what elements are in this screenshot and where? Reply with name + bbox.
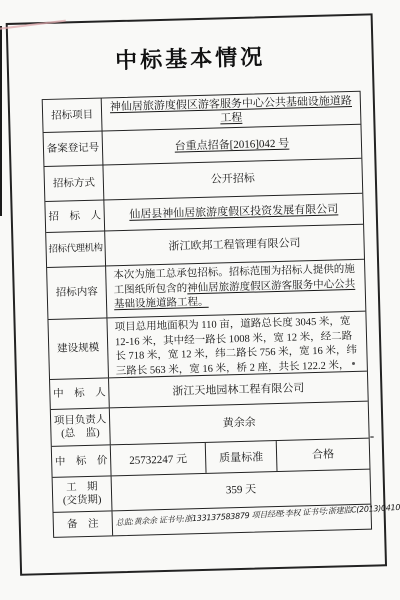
- row-label: 中 标 人: [50, 378, 110, 409]
- construction-scale-value: 项目总用地面积为 110 亩，道路总长度 3045 米，宽 12-16 米，其中…: [107, 312, 366, 378]
- winning-price-value: 25732247 元: [111, 443, 207, 475]
- tender-method-value: 公开招标: [103, 159, 362, 200]
- quality-standard-label: 质量标准: [206, 441, 278, 473]
- scan-edge-artifact: [0, 26, 2, 216]
- ink-speck: [352, 362, 355, 365]
- tender-content-value: 本次为施工总承包招标。招标范围为招标人提供的施工图纸所包含的神仙居旅游度假区游客…: [106, 260, 365, 318]
- row-label: 招 标 人: [45, 200, 105, 232]
- row-label: 建设规模: [48, 318, 109, 379]
- row-label: 备 注: [54, 511, 114, 537]
- row-label: 招标代理机构: [46, 231, 106, 267]
- quality-standard-value: 合格: [277, 439, 370, 471]
- row-label: 中 标 价: [52, 445, 112, 477]
- row-value: 神仙居旅游度假区游客服务中心公共基础设施道路工程: [102, 92, 361, 131]
- row-label: 项目负责人 (总 监): [51, 408, 111, 446]
- row-label: 备案登记号: [44, 131, 104, 166]
- project-manager-value: 黄余余: [110, 402, 369, 445]
- table-row-tender-content: 招标内容 本次为施工总承包招标。招标范围为招标人提供的施工图纸所包含的神仙居旅游…: [47, 260, 365, 320]
- ink-speck: [370, 436, 374, 438]
- tenderer-value: 仙居县神仙居旅游度假区投资发展有限公司: [129, 202, 338, 221]
- row-label: 招标项目: [43, 99, 103, 133]
- table-row-construction-scale: 建设规模 项目总用地面积为 110 亩，道路总长度 3045 米，宽 12-16…: [48, 312, 366, 380]
- tender-project-value: 神仙居旅游度假区游客服务中心公共基础设施道路工程: [106, 94, 357, 129]
- paper-content: 中标基本情况 招标项目 神仙居旅游度假区游客服务中心公共基础设施道路工程 备案登…: [0, 0, 400, 600]
- bid-info-table: 招标项目 神仙居旅游度假区游客服务中心公共基础设施道路工程 备案登记号 台重点招…: [42, 91, 372, 538]
- row-label: 招标方式: [44, 165, 104, 201]
- scanned-document-page: 中标基本情况 招标项目 神仙居旅游度假区游客服务中心公共基础设施道路工程 备案登…: [0, 0, 400, 600]
- registration-number-value: 台重点招备[2016]042 号: [174, 136, 289, 153]
- row-label: 工 期 (交货期): [53, 476, 113, 512]
- row-value: 台重点招备[2016]042 号: [103, 125, 362, 165]
- row-label: 招标内容: [47, 266, 107, 319]
- tender-agency-value: 浙江欧邦工程管理有限公司: [105, 225, 364, 266]
